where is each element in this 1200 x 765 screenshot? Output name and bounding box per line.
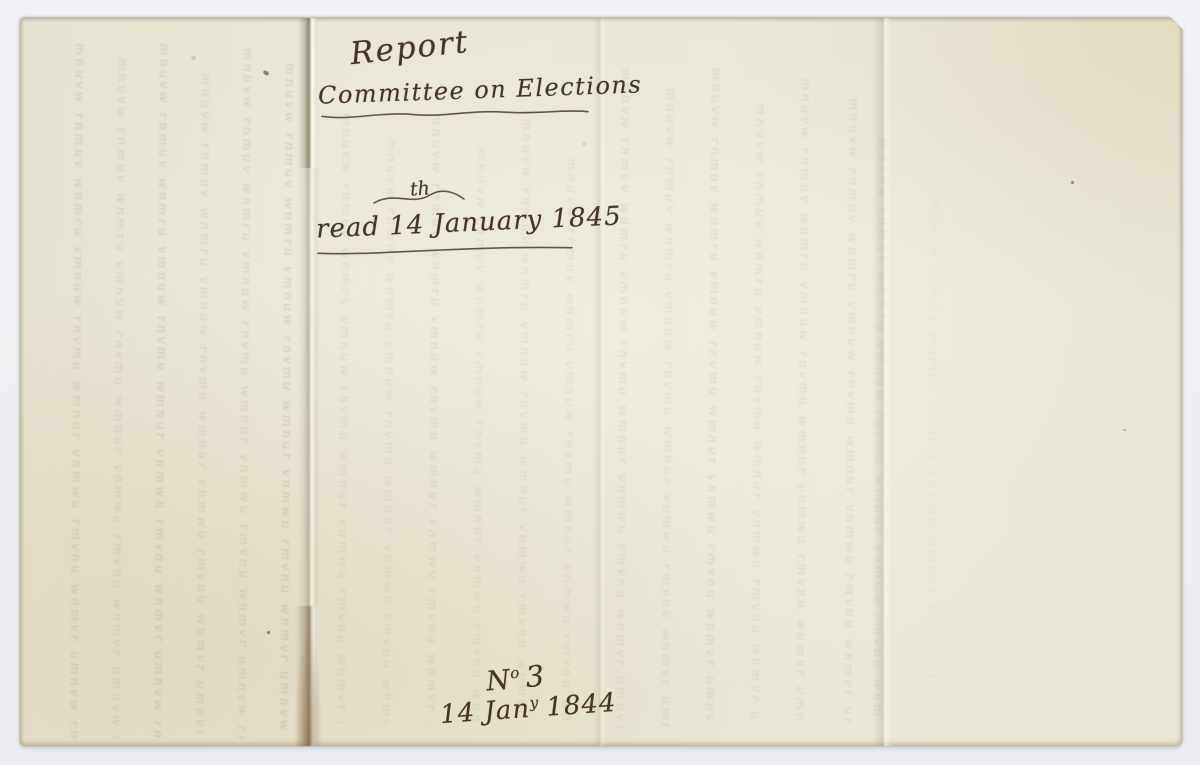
docket-date-ordinal: y: [529, 693, 540, 712]
docket-date-year: 1844: [545, 688, 617, 723]
foxing-spot: [262, 70, 269, 77]
docket-date: 14 Jany1844: [439, 688, 617, 730]
bleed-through-text: mnuvw rnmuv wnmru vmnuw rnvmu wmnur vnmw…: [330, 113, 353, 723]
read-date-prefix: read 14: [315, 210, 425, 245]
docket-number-letter: N: [485, 664, 512, 697]
bleed-through-text: mnuvw rnmuv wnmru vmnuw rnvmu wmnur vnmw…: [699, 68, 723, 723]
read-date-suffix: January 1845: [433, 201, 623, 239]
fold-crease-left: [298, 18, 320, 746]
fold-crease-center: [592, 18, 606, 746]
bleed-through-text: mnuvw rnmuv wnmru vmnuw rnvmu wmnur vnmw…: [556, 158, 579, 723]
bleed-through-text: mnuvw rnmuv wnmru vmnuw rnvmu wmnur vnmw…: [63, 43, 87, 738]
bleed-through-text: mnuvw rnmuv wnmru vmnuw rnvmu wmnur vnmw…: [654, 88, 678, 728]
foxing-spot: [582, 142, 587, 146]
docket-number-value: 3: [524, 658, 546, 694]
straight-underline: [316, 241, 576, 260]
docket-number: No3: [485, 658, 547, 697]
bleed-through-text: mnuvw rnmuv wnmru vmnuw rnvmu wmnur vnmw…: [273, 63, 297, 738]
bleed-through-text: mnuvw rnmuv wnmru vmnuw rnvmu wmnur vnmw…: [837, 98, 860, 723]
bleed-through-text: mnuvw rnmuv wnmru vmnuw rnvmu wmnur vnmw…: [189, 73, 213, 733]
bleed-through-text: mnuvw rnmuv wnmru vmnuw rnvmu wmnur vnmw…: [231, 48, 255, 738]
bleed-through-text: mnuvw rnmuv wnmru vmnuw rnvmu wmnur vnmw…: [866, 138, 889, 718]
foxing-spot: [267, 631, 270, 634]
scanned-document: mnuvw rnmuv wnmru vmnuw rnvmu wmnur vnmw…: [0, 0, 1200, 765]
foxing-spot: [1071, 181, 1074, 184]
read-date-line: read 14January 1845: [315, 201, 622, 244]
bleed-through-text: mnuvw rnmuv wnmru vmnuw rnvmu wmnur vnmw…: [420, 113, 443, 723]
corner-chip: [1168, 16, 1184, 34]
bleed-through-text: mnuvw rnmuv wnmru vmnuw rnvmu wmnur vnmw…: [744, 103, 767, 723]
bleed-through-text: mnuvw rnmuv wnmru vmnuw rnvmu wmnur vnmw…: [920, 198, 942, 678]
docket-date-prefix: 14 Jan: [439, 694, 531, 730]
foxing-spot: [191, 56, 196, 60]
paper-sheet: mnuvw rnmuv wnmru vmnuw rnvmu wmnur vnmw…: [20, 18, 1182, 746]
ordinal-superscript: th: [409, 177, 430, 200]
bleed-through-text: mnuvw rnmuv wnmru vmnuw rnvmu wmnur vnmw…: [105, 58, 129, 738]
docket-number-ordinal: o: [509, 664, 521, 683]
foxing-spot: [1123, 429, 1126, 431]
bleed-through-text: mnuvw rnmuv wnmru vmnuw rnvmu wmnur vnmw…: [147, 43, 171, 738]
bleed-through-text: mnuvw rnmuv wnmru vmnuw rnvmu wmnur vnmw…: [789, 78, 813, 723]
report-heading: Report: [348, 24, 471, 72]
bleed-through-text: mnuvw rnmuv wnmru vmnuw rnvmu wmnur vnmw…: [609, 68, 633, 728]
committee-line: Committee on Elections: [318, 70, 643, 109]
fold-crease-right: [872, 18, 892, 746]
